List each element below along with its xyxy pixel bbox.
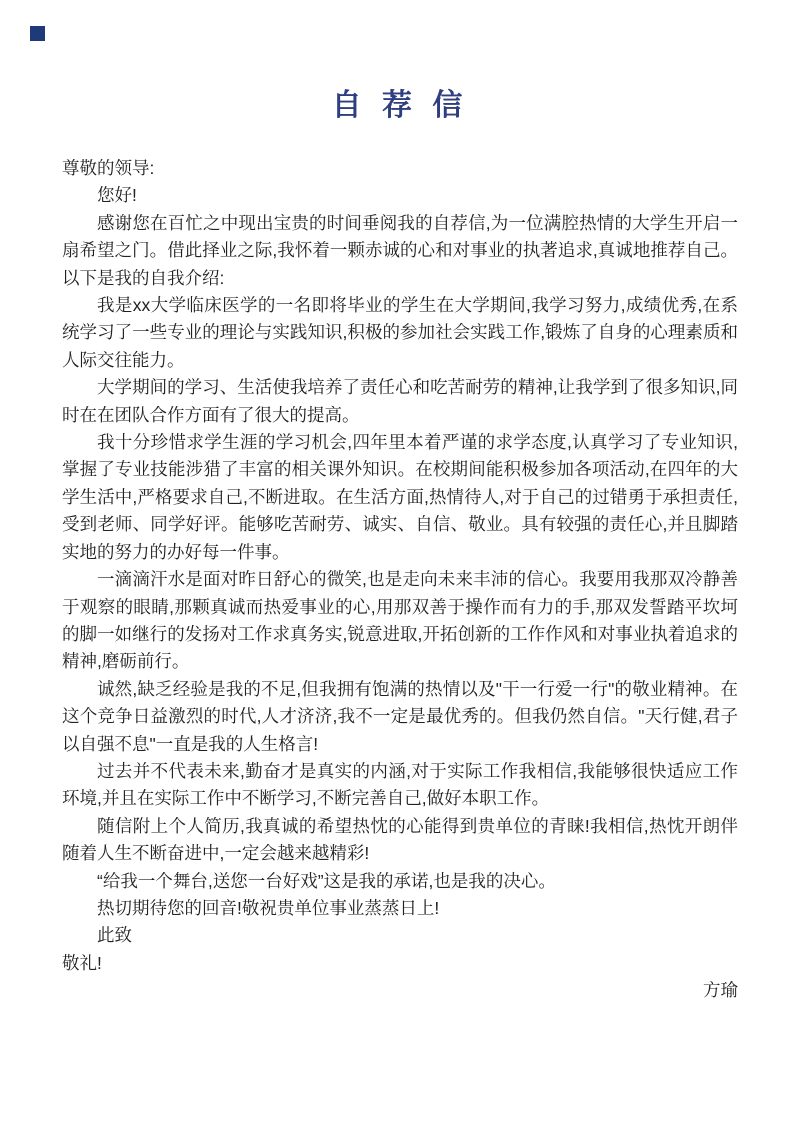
paragraph: 大学期间的学习、生活使我培养了责任心和吃苦耐劳的精神,让我学到了很多知识,同时在… — [62, 374, 738, 429]
corner-logo-square — [30, 26, 45, 41]
letter-title: 自 荐 信 — [0, 88, 800, 124]
paragraph: 我是xx大学临床医学的一名即将毕业的学生在大学期间,我学习努力,成绩优秀,在系统… — [62, 292, 738, 374]
closing: 敬礼! — [62, 950, 738, 977]
paragraph: “给我一个舞台,送您一台好戏”这是我的承诺,也是我的决心。 — [62, 868, 738, 895]
paragraph: 热切期待您的回音!敬祝贵单位事业蒸蒸日上! — [62, 895, 738, 922]
paragraph: 您好! — [62, 182, 738, 209]
paragraph: 随信附上个人简历,我真诚的希望热忱的心能得到贵单位的青睐!我相信,热忱开朗伴随着… — [62, 813, 738, 868]
paragraphs-container: 您好!感谢您在百忙之中现出宝贵的时间垂阅我的自荐信,为一位满腔热情的大学生开启一… — [62, 182, 738, 949]
paragraph: 诚然,缺乏经验是我的不足,但我拥有饱满的热情以及"干一行爱一行"的敬业精神。在这… — [62, 676, 738, 758]
paragraph: 一滴滴汗水是面对昨日舒心的微笑,也是走向未来丰沛的信心。我要用我那双冷静善于观察… — [62, 566, 738, 676]
paragraph: 我十分珍惜求学生涯的学习机会,四年里本着严谨的求学态度,认真学习了专业知识,掌握… — [62, 429, 738, 566]
salutation: 尊敬的领导: — [62, 155, 738, 182]
paragraph: 感谢您在百忙之中现出宝贵的时间垂阅我的自荐信,为一位满腔热情的大学生开启一扇希望… — [62, 210, 738, 292]
letter-body: 尊敬的领导: 您好!感谢您在百忙之中现出宝贵的时间垂阅我的自荐信,为一位满腔热情… — [62, 155, 738, 1005]
signature: 方瑜 — [62, 977, 738, 1004]
paragraph: 此致 — [62, 922, 738, 949]
paragraph: 过去并不代表未来,勤奋才是真实的内涵,对于实际工作我相信,我能够很快适应工作环境… — [62, 758, 738, 813]
document-page: 自 荐 信 尊敬的领导: 您好!感谢您在百忙之中现出宝贵的时间垂阅我的自荐信,为… — [0, 0, 800, 1132]
